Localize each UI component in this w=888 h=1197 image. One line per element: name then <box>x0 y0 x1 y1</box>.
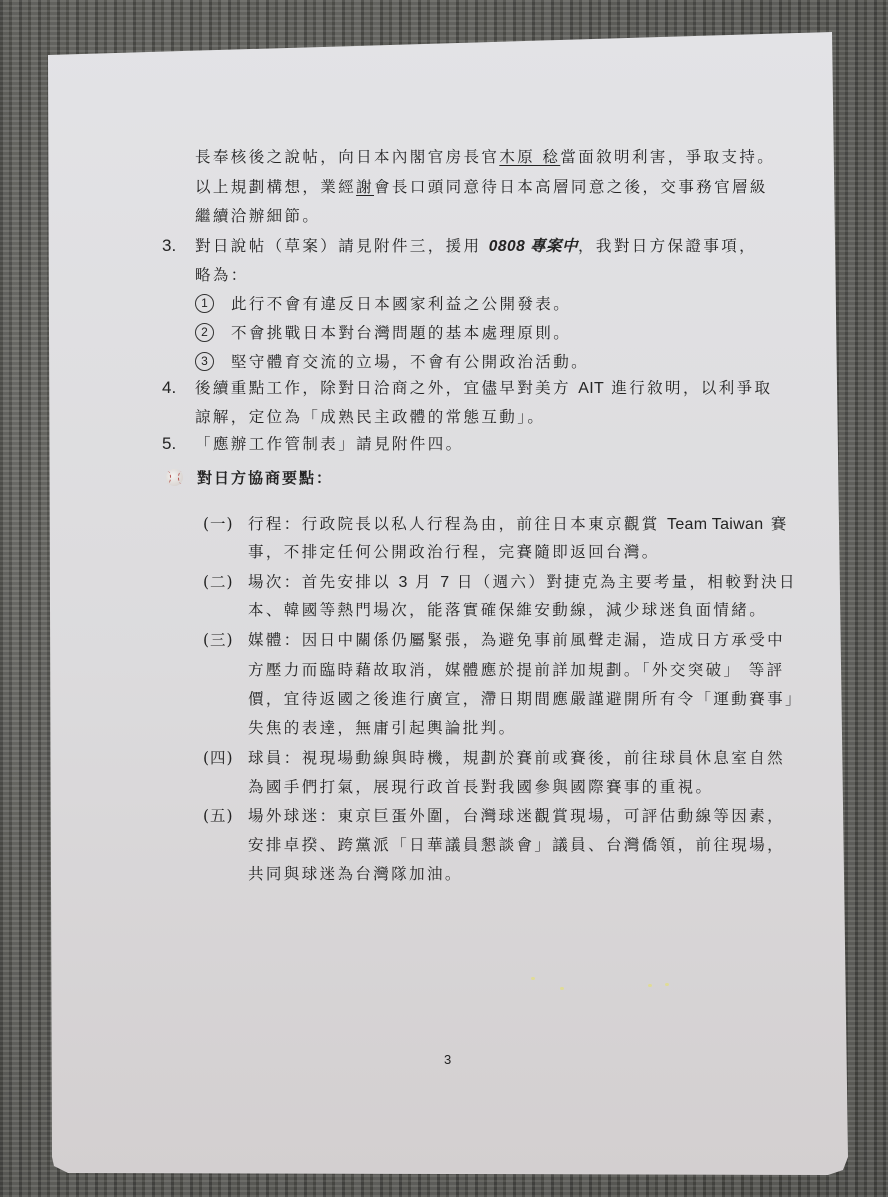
sub-point-3: 堅守體育交流的立場，不會有公開政治活動。 <box>231 352 589 372</box>
point-label-5: (五) <box>203 806 234 826</box>
item-3-line-2: 略為： <box>195 265 249 285</box>
point-label-1: (一) <box>203 514 234 534</box>
text: 後續重點工作，除對日洽商之外，宜儘早對美方 <box>195 379 578 397</box>
project-emphasis: 0808 專案中 <box>489 238 578 255</box>
point-2-line-1: 場次：首先安排以 3 月 7 日（週六）對捷克為主要考量，相較對決日 <box>248 572 797 593</box>
sub-point-2: 不會挑戰日本對台灣問題的基本處理原則。 <box>231 323 571 343</box>
item-number-4: 4. <box>162 378 176 398</box>
item-number-5: 5. <box>162 434 176 454</box>
team-name: Team Taiwan <box>667 516 763 533</box>
text: 日（週六）對捷克為主要考量，相較對決日 <box>450 573 797 591</box>
continuation-line-1: 長奉核後之說帖，向日本內閣官房長官木原 稔當面敘明利害，爭取支持。 <box>195 147 775 167</box>
circled-number-3: 3 <box>195 352 214 371</box>
item-5-line-1: 「應辦工作管制表」請見附件四。 <box>195 434 464 454</box>
point-1-line-1: 行程：行政院長以私人行程為由，前往日本東京觀賞 Team Taiwan 賽 <box>248 514 789 535</box>
page-number: 3 <box>444 1052 451 1067</box>
item-3-line-1: 對日說帖（草案）請見附件三，援用 0808 專案中，我對日方保證事項， <box>195 236 757 257</box>
text: 月 <box>408 573 441 591</box>
underlined-name: 木原 稔 <box>499 148 560 166</box>
point-label-3: (三) <box>203 630 234 650</box>
point-label-4: (四) <box>203 748 234 768</box>
circled-number-2: 2 <box>195 323 214 342</box>
underlined-name: 謝 <box>356 178 374 196</box>
text: 以上規劃構想，業經 <box>195 178 356 196</box>
text: ，我對日方保證事項， <box>578 237 757 255</box>
continuation-line-2: 以上規劃構想，業經謝會長口頭同意待日本高層同意之後，交事務官層級 <box>195 177 768 197</box>
continuation-line-3: 繼續洽辦細節。 <box>195 206 320 226</box>
item-4-line-1: 後續重點工作，除對日洽商之外，宜儘早對美方 AIT 進行敘明，以利爭取 <box>195 378 772 399</box>
ait-acronym: AIT <box>578 380 604 397</box>
circled-number-1: 1 <box>195 294 214 313</box>
point-label-2: (二) <box>203 572 234 592</box>
text: 對日說帖（草案）請見附件三，援用 <box>195 237 489 255</box>
point-4-line-1: 球員：視現場動線與時機，規劃於賽前或賽後，前往球員休息室自然 <box>248 748 785 768</box>
paper-speck <box>665 983 669 986</box>
sub-point-1: 此行不會有違反日本國家利益之公開發表。 <box>231 294 571 314</box>
point-5-line-3: 共同與球迷為台灣隊加油。 <box>248 864 463 884</box>
baseball-icon <box>166 469 183 486</box>
point-3-line-1: 媒體：因日中關係仍屬緊張，為避免事前風聲走漏，造成日方承受中 <box>248 630 785 650</box>
point-5-line-2: 安排卓揆、跨黨派「日華議員懇談會」議員、台灣僑領，前往現場， <box>248 835 785 855</box>
point-3-line-4: 失焦的表達，無庸引起輿論批判。 <box>248 718 517 738</box>
text: 場次：首先安排以 <box>248 573 399 591</box>
text: 會長口頭同意待日本高層同意之後，交事務官層級 <box>374 178 768 196</box>
paper-speck <box>560 987 564 990</box>
text: 賽 <box>763 515 788 533</box>
document-page: 長奉核後之說帖，向日本內閣官房長官木原 稔當面敘明利害，爭取支持。 以上規劃構想… <box>0 0 888 1197</box>
paper-speck <box>531 977 535 980</box>
text: 長奉核後之說帖，向日本內閣官房長官 <box>195 148 499 166</box>
date-day: 7 <box>440 574 449 591</box>
text: 當面敘明利害，爭取支持。 <box>560 148 775 166</box>
item-4-line-2: 諒解，定位為「成熟民主政體的常態互動」。 <box>195 407 545 427</box>
section-heading: 對日方協商要點： <box>197 468 333 488</box>
text: 繼續洽辦細節。 <box>195 207 320 225</box>
point-5-line-1: 場外球迷：東京巨蛋外圍，台灣球迷觀賞現場，可評估動線等因素， <box>248 806 785 826</box>
date-month: 3 <box>399 574 408 591</box>
text: 行程：行政院長以私人行程為由，前往日本東京觀賞 <box>248 515 667 533</box>
text: 進行敘明，以利爭取 <box>604 379 772 397</box>
paper-speck <box>648 984 652 987</box>
point-3-line-2: 方壓力而臨時藉故取消，媒體應於提前詳加規劃。「外交突破」 等評 <box>248 660 785 680</box>
point-3-line-3: 價，宜待返國之後進行廣宣，滯日期間應嚴謹避開所有令「運動賽事」 <box>248 689 803 709</box>
point-2-line-2: 本、韓國等熱門場次，能落實確保維安動線，減少球迷負面情緒。 <box>248 600 767 620</box>
item-number-3: 3. <box>162 236 176 256</box>
point-4-line-2: 為國手們打氣，展現行政首長對我國參與國際賽事的重視。 <box>248 777 713 797</box>
point-1-line-2: 事，不排定任何公開政治行程，完賽隨即返回台灣。 <box>248 542 660 562</box>
